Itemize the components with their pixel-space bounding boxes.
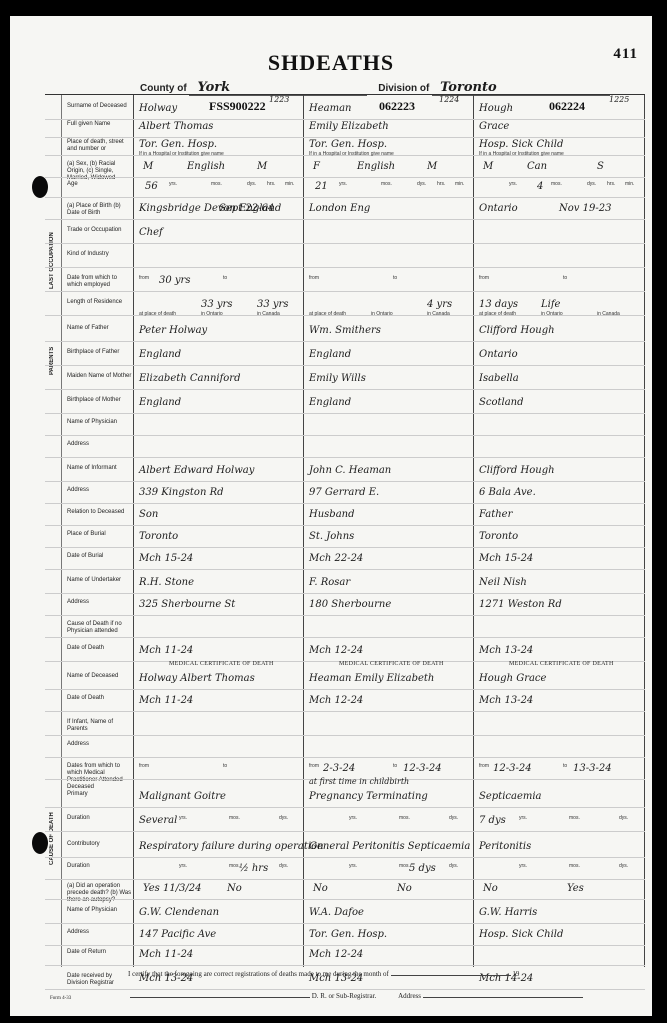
record-2-attended: 2-3-24	[323, 763, 355, 774]
row-rule	[45, 341, 645, 342]
record-1-burial-date: Mch 15-24	[139, 553, 193, 564]
record-3-attended: from	[479, 763, 489, 769]
row-rule	[45, 219, 645, 220]
row-rule	[45, 569, 645, 570]
record-3-informant: Clifford Hough	[479, 465, 555, 476]
record-1-sex: M	[257, 161, 267, 172]
field-label-infant: If Infant, Name of Parents	[45, 719, 133, 733]
field-label-med-physician: Name of Physician	[45, 907, 133, 914]
column-divider	[133, 95, 134, 967]
record-3-duration: dys.	[619, 815, 628, 821]
field-label-relation: Relation to Deceased	[45, 509, 133, 516]
record-1-father: Peter Holway	[139, 325, 207, 336]
record-2-med-name: MEDICAL CERTIFICATE OF DEATH	[339, 661, 444, 667]
field-label-operation: (a) Did an operation precede death? (b) …	[45, 883, 133, 904]
record-1-residence: 33 yrs	[201, 299, 232, 310]
record-2-residence: at place of death	[309, 311, 346, 317]
record-3-duration2: yrs.	[519, 863, 527, 869]
record-1-mother: Elizabeth Canniford	[139, 373, 240, 384]
row-rule	[45, 457, 645, 458]
row-rule	[45, 197, 645, 198]
field-label-return-date: Date of Return	[45, 949, 133, 956]
record-3-duration: mos.	[569, 815, 580, 821]
record-3-birth: Ontario	[479, 203, 518, 214]
field-label-residence: Length of Residence	[45, 299, 133, 306]
record-1-burial-place: Toronto	[139, 531, 178, 542]
record-1-age: 56	[145, 181, 158, 192]
record-3-med-name: Hough Grace	[479, 673, 546, 684]
record-1-operation: Yes 11/3/24	[143, 883, 202, 894]
row-rule	[45, 267, 645, 268]
row-rule	[45, 831, 645, 832]
record-2-surname: Heaman	[309, 103, 352, 114]
county-label: County of	[140, 83, 187, 94]
record-3-primary: Septicaemia	[479, 791, 542, 802]
record-3-death-date: Mch 13-24	[479, 645, 533, 656]
record-1-employed: 30 yrs	[159, 275, 190, 286]
record-3-father-bp: Ontario	[479, 349, 518, 360]
certify-statement: I certify that the foregoing are correct…	[128, 970, 519, 978]
row-rule	[45, 593, 645, 594]
record-2-duration: mos.	[399, 815, 410, 821]
field-label-attended: Dates from which to which Medical Practi…	[45, 763, 133, 791]
field-label-age: Age	[45, 181, 133, 188]
record-1-duration: dys.	[279, 815, 288, 821]
record-2-residence: in Canada	[427, 311, 450, 317]
field-label-informant: Name of Informant	[45, 465, 133, 472]
record-1-duration2: ½ hrs	[239, 863, 268, 874]
record-2-place: Tor. Gen. Hosp.	[309, 139, 387, 150]
page-title: SHDEATHS	[10, 50, 652, 76]
row-rule	[45, 481, 645, 482]
record-3-age: hrs.	[607, 181, 615, 187]
record-2-place: If in a Hospital or Institution give nam…	[309, 151, 394, 157]
field-label-cause-no-phys: Cause of Death if no Physician attended	[45, 621, 133, 635]
record-2-operation: No	[313, 883, 328, 894]
row-rule	[45, 857, 645, 858]
record-3-father: Clifford Hough	[479, 325, 555, 336]
record-1-place: Tor. Gen. Hosp.	[139, 139, 217, 150]
field-label-duration2: Duration	[45, 863, 133, 870]
record-1-age: mos.	[211, 181, 222, 187]
record-1-given: Albert Thomas	[139, 121, 213, 132]
field-label-primary: Primary	[45, 791, 133, 798]
record-2-undertaker-addr: 180 Sherbourne	[309, 599, 391, 610]
record-1-employed: from	[139, 275, 149, 281]
record-2-employed: from	[309, 275, 319, 281]
row-rule	[45, 735, 645, 736]
record-3-birth: Nov 19-23	[559, 203, 611, 214]
record-3-age: mos.	[551, 181, 562, 187]
record-2-med-phys-addr: Tor. Gen. Hosp.	[309, 929, 387, 940]
row-rule	[45, 525, 645, 526]
record-3-med-phys-addr: Hosp. Sick Child	[479, 929, 563, 940]
record-1-age: yrs.	[169, 181, 177, 187]
record-2-age: yrs.	[339, 181, 347, 187]
record-3-undertaker: Neil Nish	[479, 577, 527, 588]
column-divider	[473, 95, 474, 967]
record-1-age: hrs.	[267, 181, 275, 187]
record-2-duration2: mos.	[399, 863, 410, 869]
field-label-employed: Date from which to which employed	[45, 275, 133, 289]
record-2-sex: F	[313, 161, 320, 172]
row-rule	[45, 879, 645, 880]
record-2-contributory: General Peritonitis Septicaemia	[309, 841, 470, 852]
record-1-informant: Albert Edward Holway	[139, 465, 254, 476]
record-3-relation: Father	[479, 509, 512, 520]
record-1-duration2: dys.	[279, 863, 288, 869]
record-2-residence: 4 yrs	[427, 299, 452, 310]
record-3-duration2: dys.	[619, 863, 628, 869]
record-1-med-death-date: Mch 11-24	[139, 695, 193, 706]
record-3-duration: 7 dys	[479, 815, 506, 826]
field-label-mother-bp: Birthplace of Mother	[45, 397, 133, 404]
field-label-undertaker: Name of Undertaker	[45, 577, 133, 584]
field-label-sex: (a) Sex, (b) Racial Origin, (c) Single, …	[45, 161, 133, 182]
row-rule	[45, 291, 645, 292]
field-label-med-phys-addr: Address	[45, 929, 133, 936]
record-1-sex: English	[187, 161, 225, 172]
record-1-return-date: Mch 11-24	[139, 949, 193, 960]
record-1-operation: No	[227, 883, 242, 894]
record-2-burial-date: Mch 22-24	[309, 553, 363, 564]
field-label-informant-addr: Address	[45, 487, 133, 494]
row-rule	[45, 757, 645, 758]
record-2-given: Emily Elizabeth	[309, 121, 389, 132]
row-rule	[45, 965, 645, 966]
record-3-age: min.	[625, 181, 634, 187]
record-1-attended: to	[223, 763, 227, 769]
field-label-physician: Name of Physician	[45, 419, 133, 426]
record-2-duration: yrs.	[349, 815, 357, 821]
row-rule	[45, 923, 645, 924]
record-1-death-date: Mch 11-24	[139, 645, 193, 656]
record-3-place: If in a Hospital or Institution give nam…	[479, 151, 564, 157]
record-3-burial-date: Mch 15-24	[479, 553, 533, 564]
row-rule	[45, 689, 645, 690]
record-2-residence: in Ontario	[371, 311, 393, 317]
record-1-residence: in Ontario	[201, 311, 223, 317]
record-2-father: Wm. Smithers	[309, 325, 381, 336]
record-3-sex: M	[483, 161, 493, 172]
record-2-birth: London Eng	[309, 203, 370, 214]
field-label-trade: Trade or Occupation	[45, 227, 133, 234]
record-1-duration2: yrs.	[179, 863, 187, 869]
record-2-return-date: Mch 12-24	[309, 949, 363, 960]
record-3-residence: 13 days	[479, 299, 518, 310]
record-3-duration2: mos.	[569, 863, 580, 869]
row-rule	[45, 389, 645, 390]
record-2-sex: English	[357, 161, 395, 172]
record-2-age: dys.	[417, 181, 426, 187]
field-label-contributory: Contributory	[45, 841, 133, 848]
record-3-med-death-date: Mch 13-24	[479, 695, 533, 706]
column-divider	[644, 95, 645, 967]
record-1-father-bp: England	[139, 349, 181, 360]
field-label-mother: Maiden Name of Mother	[45, 373, 133, 380]
record-3-sex: S	[597, 161, 604, 172]
record-1-duration2: mos.	[229, 863, 240, 869]
record-1-med-phys-addr: 147 Pacific Ave	[139, 929, 216, 940]
field-label-address: Address	[45, 441, 133, 448]
row-rule	[45, 503, 645, 504]
record-2-duration2: 5 dys	[409, 863, 436, 874]
record-1-birth: Sept 22-64	[219, 203, 274, 214]
record-2-undertaker: F. Rosar	[309, 577, 350, 588]
row-rule	[45, 435, 645, 436]
record-1-duration: yrs.	[179, 815, 187, 821]
record-3-contributory: Peritonitis	[479, 841, 531, 852]
record-2-informant-addr: 97 Gerrard E.	[309, 487, 379, 498]
record-1-attended: from	[139, 763, 149, 769]
record-2-duration2: yrs.	[349, 863, 357, 869]
record-2-informant: John C. Heaman	[309, 465, 391, 476]
row-rule	[45, 807, 645, 808]
record-2-attended: to	[393, 763, 397, 769]
record-2-duration: dys.	[449, 815, 458, 821]
field-label-given: Full given Name	[45, 121, 133, 128]
record-2-age: 21	[315, 181, 328, 192]
record-3-surname: Hough	[479, 103, 513, 114]
record-1-mother-bp: England	[139, 397, 181, 408]
row-rule	[45, 243, 645, 244]
record-3-med-name: MEDICAL CERTIFICATE OF DEATH	[509, 661, 614, 667]
record-3-attended: 12-3-24	[493, 763, 532, 774]
address-label: Address	[398, 992, 421, 1000]
field-label-industry: Kind of Industry	[45, 251, 133, 258]
record-1-med-physician: G.W. Clendenan	[139, 907, 219, 918]
record-1-employed: to	[223, 275, 227, 281]
record-2-mother: Emily Wills	[309, 373, 366, 384]
record-3-age: 4	[537, 181, 543, 192]
record-1-age: dys.	[247, 181, 256, 187]
field-label-med-death-date: Date of Death	[45, 695, 133, 702]
row-rule	[45, 615, 645, 616]
row-rule	[45, 899, 645, 900]
record-1-sex: M	[143, 161, 153, 172]
record-1-residence: in Canada	[257, 311, 280, 317]
certify-text: I certify that the foregoing are correct…	[128, 970, 389, 978]
record-2-duration2: dys.	[449, 863, 458, 869]
form-code: Form 4-33	[50, 996, 71, 1001]
record-3-mother-bp: Scotland	[479, 397, 524, 408]
field-label-place: Place of death, street and number or	[45, 139, 133, 153]
field-label-med-name: Name of Deceased	[45, 673, 133, 680]
record-1-relation: Son	[139, 509, 158, 520]
record-2-attended: 12-3-24	[403, 763, 442, 774]
record-3-surname: 1225	[609, 95, 629, 104]
record-1-primary: Malignant Goitre	[139, 791, 226, 802]
record-2-med-name: Heaman Emily Elizabeth	[309, 673, 434, 684]
row-rule	[45, 119, 645, 120]
record-1-residence: 33 yrs	[257, 299, 288, 310]
record-3-attended: 13-3-24	[573, 763, 612, 774]
field-label-surname: Surname of Deceased	[45, 103, 133, 110]
row-rule	[45, 365, 645, 366]
record-1-trade: Chef	[139, 227, 163, 238]
record-1-residence: at place of death	[139, 311, 176, 317]
record-2-attended: from	[309, 763, 319, 769]
record-1-surname: Holway	[139, 103, 177, 114]
record-1-med-name: Holway Albert Thomas	[139, 673, 255, 684]
registrar-label: D. R. or Sub-Registrar.	[312, 992, 377, 1000]
record-2-death-date: Mch 12-24	[309, 645, 363, 656]
record-3-residence: at place of death	[479, 311, 516, 317]
record-1-duration: Several	[139, 815, 177, 826]
record-1-surname: 1223	[269, 95, 289, 104]
record-3-informant-addr: 6 Bala Ave.	[479, 487, 536, 498]
record-3-mother: Isabella	[479, 373, 519, 384]
register-grid: LAST OCCUPATION PARENTS CAUSE OF DEATH S…	[45, 94, 645, 967]
record-2-sex: M	[427, 161, 437, 172]
division-label: Division of	[378, 83, 429, 94]
record-2-age: hrs.	[437, 181, 445, 187]
field-label-father: Name of Father	[45, 325, 133, 332]
record-1-med-name: MEDICAL CERTIFICATE OF DEATH	[169, 661, 274, 667]
record-3-employed: to	[563, 275, 567, 281]
record-3-age: yrs.	[509, 181, 517, 187]
year-suffix: 19	[512, 970, 519, 978]
record-3-burial-place: Toronto	[479, 531, 518, 542]
record-3-undertaker-addr: 1271 Weston Rd	[479, 599, 562, 610]
field-label-burial-date: Date of Burial	[45, 553, 133, 560]
row-rule	[45, 989, 645, 990]
record-1-surname: FSS900222	[209, 99, 266, 114]
field-label-father-bp: Birthplace of Father	[45, 349, 133, 356]
record-3-place: Hosp. Sick Child	[479, 139, 563, 150]
record-2-primary: Pregnancy Terminating	[309, 791, 428, 802]
record-2-age: min.	[455, 181, 464, 187]
record-3-age: dys.	[587, 181, 596, 187]
field-label-birth: (a) Place of Birth (b) Date of Birth	[45, 203, 133, 217]
record-2-surname: 062223	[379, 99, 415, 114]
record-1-contributory: Respiratory failure during operation	[139, 841, 324, 852]
record-3-residence: in Ontario	[541, 311, 563, 317]
field-label-undertaker-addr: Address	[45, 599, 133, 606]
record-1-place: If in a Hospital or Institution give nam…	[139, 151, 224, 157]
record-3-med-physician: G.W. Harris	[479, 907, 537, 918]
field-label-med-addr: Address	[45, 741, 133, 748]
record-1-duration: mos.	[229, 815, 240, 821]
record-2-relation: Husband	[309, 509, 355, 520]
row-rule	[45, 413, 645, 414]
field-label-duration: Duration	[45, 815, 133, 822]
record-2-surname: 1224	[439, 95, 459, 104]
record-1-undertaker-addr: 325 Sherbourne St	[139, 599, 235, 610]
row-rule	[45, 945, 645, 946]
field-label-burial-place: Place of Burial	[45, 531, 133, 538]
row-rule	[45, 137, 645, 138]
record-1-age: min.	[285, 181, 294, 187]
record-1-undertaker: R.H. Stone	[139, 577, 194, 588]
record-3-operation: Yes	[567, 883, 584, 894]
record-3-sex: Can	[527, 161, 547, 172]
registrar-line: D. R. or Sub-Registrar. Address	[130, 992, 583, 1000]
record-1-informant-addr: 339 Kingston Rd	[139, 487, 224, 498]
record-3-employed: from	[479, 275, 489, 281]
record-2-age: mos.	[381, 181, 392, 187]
record-2-med-physician: W.A. Dafoe	[309, 907, 364, 918]
column-divider	[303, 95, 304, 967]
record-3-residence: in Canada	[597, 311, 620, 317]
field-label-received: Date received by Division Registrar	[45, 973, 133, 987]
record-3-operation: No	[483, 883, 498, 894]
record-2-employed: to	[393, 275, 397, 281]
record-2-operation: No	[397, 883, 412, 894]
death-register-page: 411 SHDEATHS County of York Division of …	[10, 16, 652, 1016]
row-rule	[45, 547, 645, 548]
record-2-med-death-date: Mch 12-24	[309, 695, 363, 706]
record-3-duration: yrs.	[519, 815, 527, 821]
record-2-father-bp: England	[309, 349, 351, 360]
record-2-mother-bp: England	[309, 397, 351, 408]
record-3-given: Grace	[479, 121, 509, 132]
field-label-death-date: Date of Death	[45, 645, 133, 652]
record-2-burial-place: St. Johns	[309, 531, 354, 542]
row-rule	[45, 637, 645, 638]
record-2-attended: at first time in childbirth	[309, 777, 409, 786]
record-3-surname: 062224	[549, 99, 585, 114]
row-rule	[45, 711, 645, 712]
record-3-attended: to	[563, 763, 567, 769]
record-3-residence: Life	[541, 299, 560, 310]
row-rule	[45, 177, 645, 178]
